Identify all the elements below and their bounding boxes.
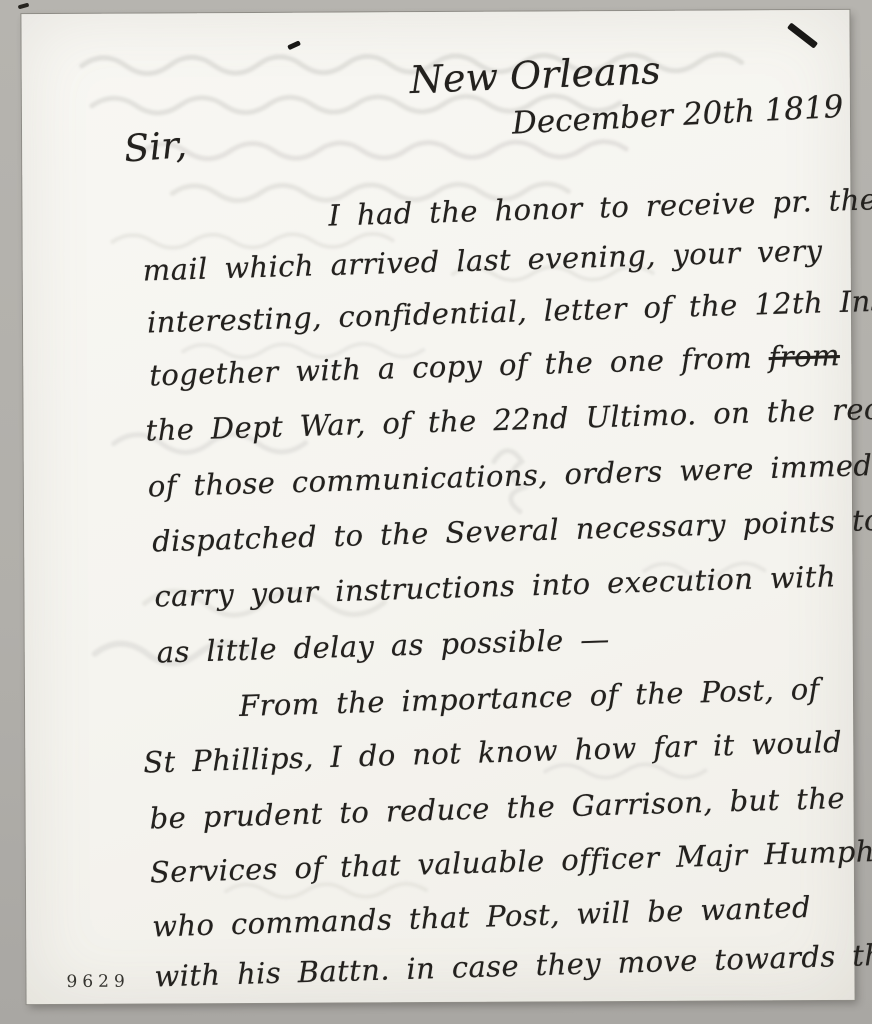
handwritten-line: together with a copy of the one from fro… <box>149 338 841 392</box>
handwritten-text: together with a copy of the one from <box>149 341 753 393</box>
handwritten-line: dispatched to the Several necessary poin… <box>152 503 872 559</box>
struck-word: from <box>768 338 840 374</box>
handwritten-line: the Dept War, of the 22nd Ultimo. on the… <box>145 390 872 448</box>
scan-background: New Orleans December 20th 1819 Sir, I ha… <box>0 0 872 1024</box>
handwritten-line: Services of that valuable officer Majr H… <box>149 833 872 890</box>
handwritten-line: as little delay as possible — <box>156 622 610 669</box>
handwritten-line: of those communications, orders were imm… <box>147 446 872 504</box>
handwritten-line: carry your instructions into execution w… <box>154 559 836 613</box>
letter-page: New Orleans December 20th 1819 Sir, I ha… <box>21 10 854 1004</box>
handwritten-line: with his Battn. in case they move toward… <box>154 936 872 994</box>
handwritten-line: be prudent to reduce the Garrison, but t… <box>149 781 845 836</box>
handwritten-line: St Phillips, I do not know how far it wo… <box>143 725 843 780</box>
handwritten-line: mail which arrived last evening, your ve… <box>142 233 823 287</box>
ink-mark <box>787 22 818 48</box>
handwritten-line: who commands that Post, will be wanted <box>152 890 812 944</box>
handwritten-line: From the importance of the Post, of <box>239 672 821 723</box>
archive-number-stamp: 9629 <box>66 972 129 992</box>
letter-date: December 20th 1819 <box>511 89 844 142</box>
ink-mark <box>18 3 30 10</box>
handwritten-line: I had the honor to receive pr. the <box>328 182 872 232</box>
letter-salutation: Sir, <box>123 123 189 171</box>
handwritten-line: interesting, confidential, letter of the… <box>147 283 872 340</box>
letter-place: New Orleans <box>409 48 662 102</box>
ink-mark <box>287 40 301 50</box>
